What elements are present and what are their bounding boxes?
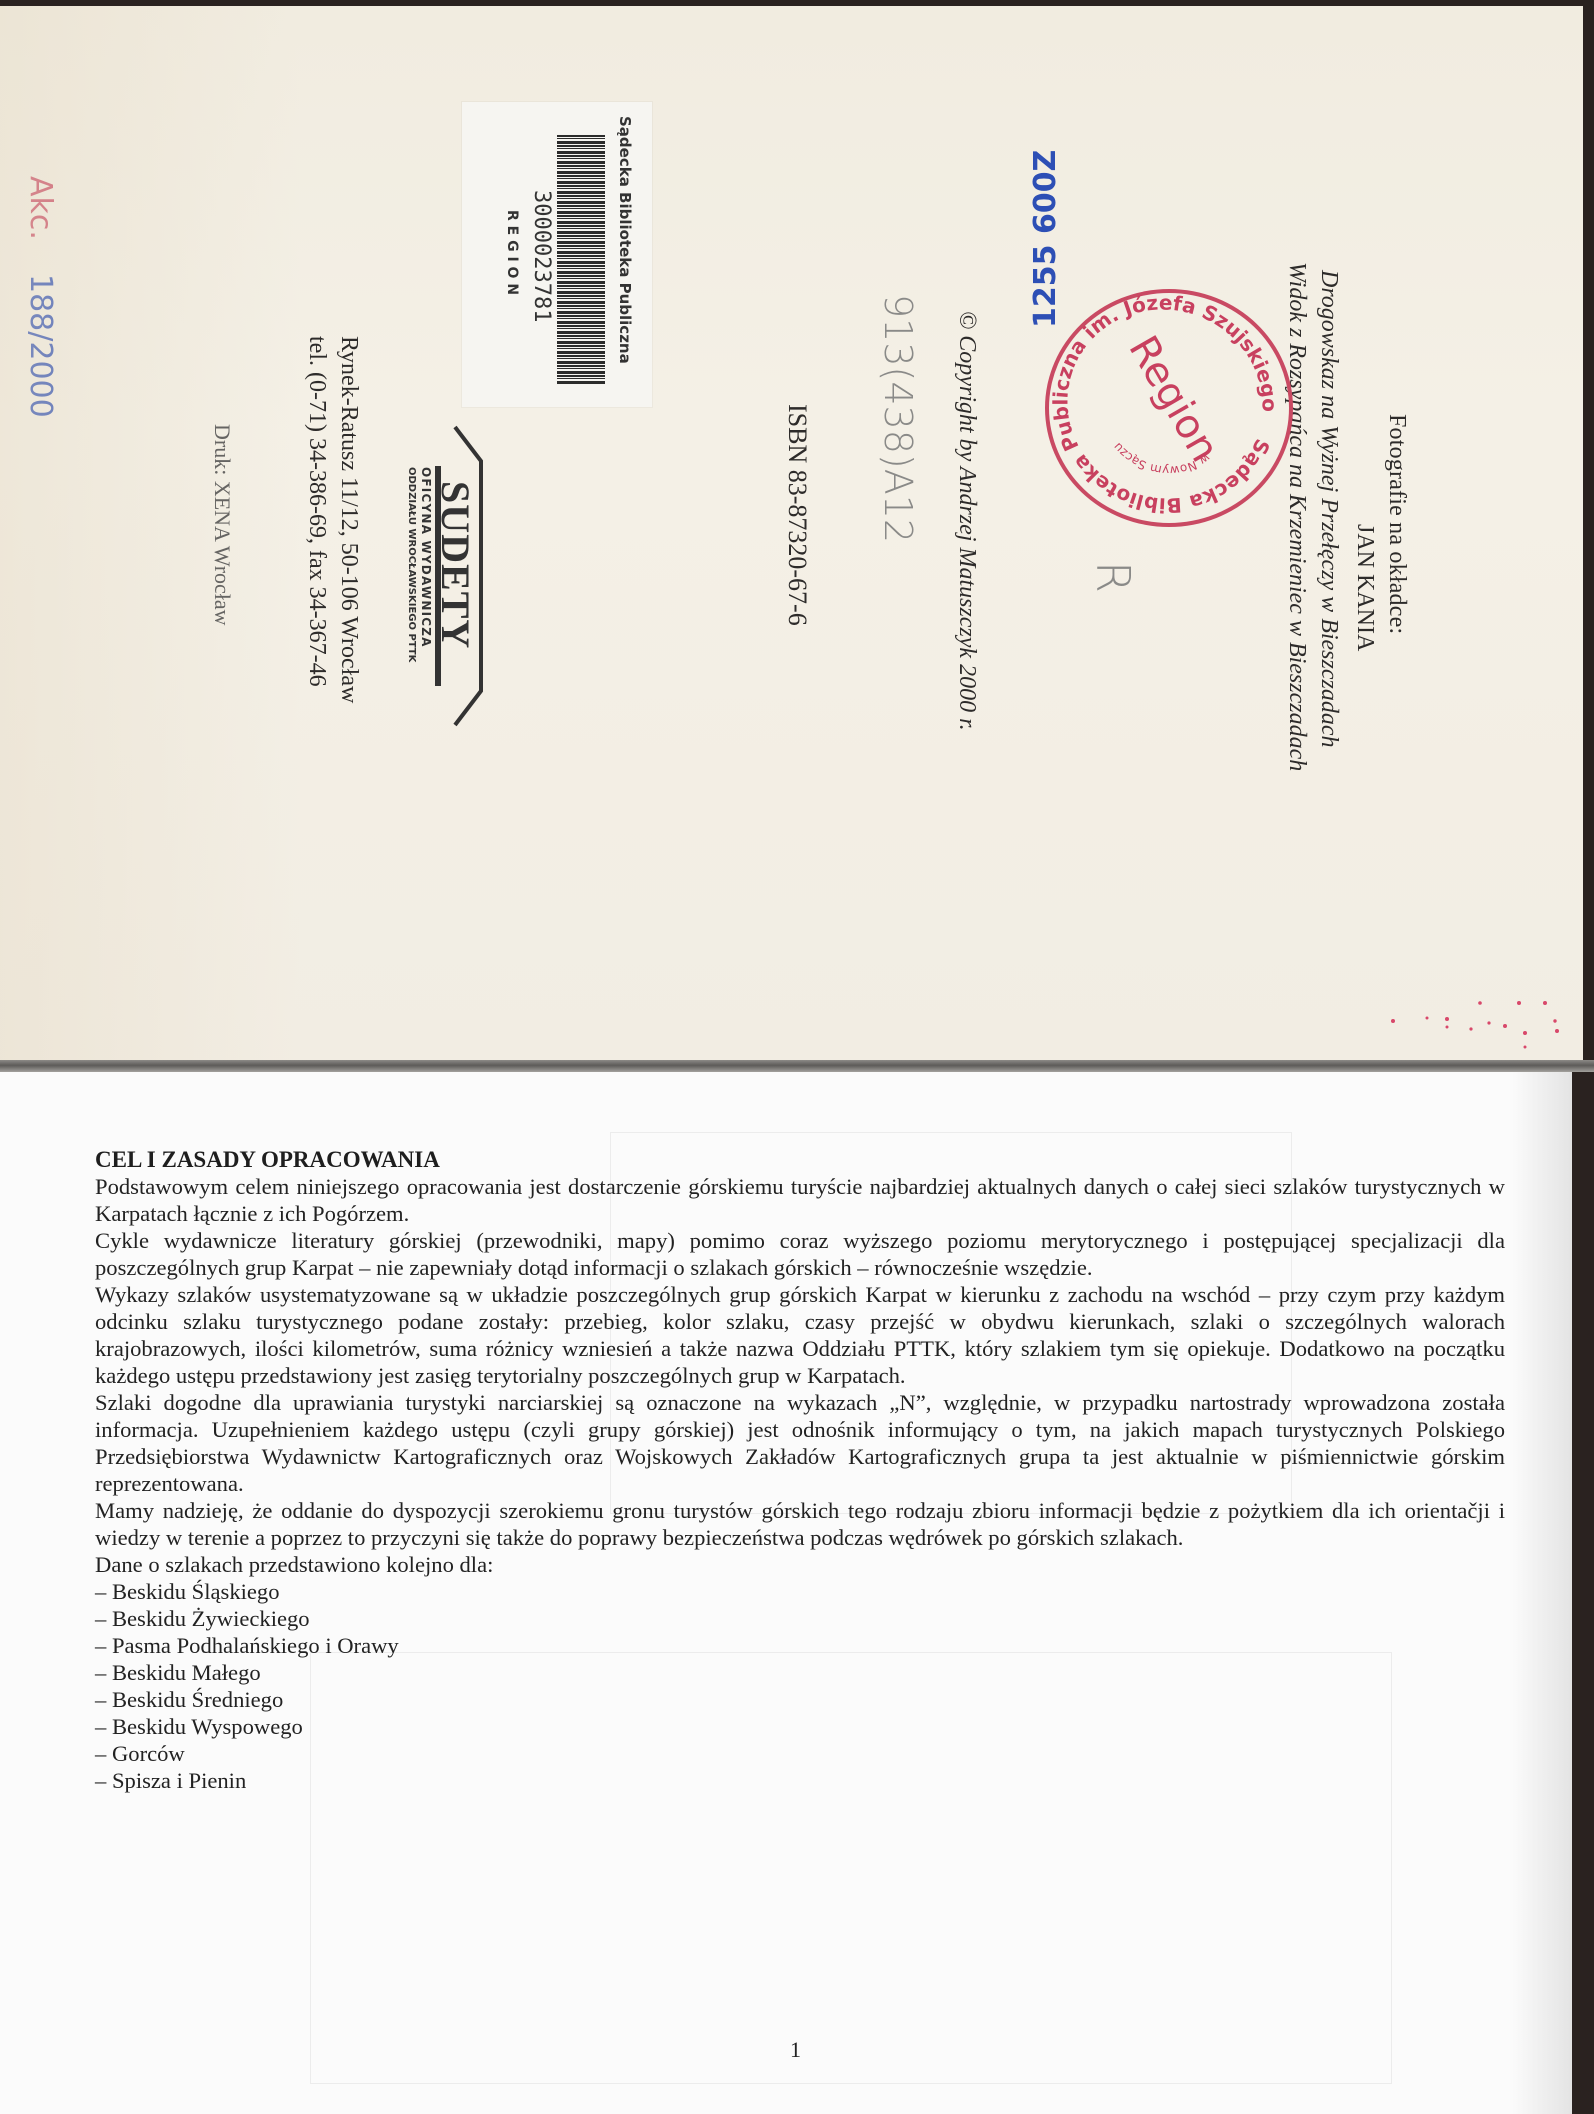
region-list: Beskidu Śląskiego Beskidu Żywieckiego Pa… <box>95 1578 1505 1794</box>
body-text: CEL I ZASADY OPRACOWANIA Podstawowym cel… <box>95 1146 1505 1794</box>
list-item: Beskidu Żywieckiego <box>95 1605 1505 1632</box>
publisher-phone: tel. (0-71) 34-386-69, fax 34-367-46 <box>303 336 330 687</box>
publisher-logo: SUDETY OFICYNA WYDAWNICZA ODDZIAŁU WROCŁ… <box>395 421 485 731</box>
barcode-icon <box>557 135 605 385</box>
stamp-center-text: Region <box>1120 328 1228 470</box>
barcode-library-name: Sądecka Biblioteka Publiczna <box>616 116 634 364</box>
photographer-name: JAN KANIA <box>1351 524 1378 651</box>
list-item: Beskidu Śląskiego <box>95 1578 1505 1605</box>
accession-number: 188/2000 <box>23 274 58 418</box>
publisher-subtitle-2: ODDZIAŁU WROCŁAWSKIEGO PTTK <box>406 467 417 662</box>
list-item: Beskidu Małego <box>95 1659 1505 1686</box>
list-item: Beskidu Średniego <box>95 1686 1505 1713</box>
isbn: ISBN 83-87320-67-6 <box>782 404 812 626</box>
book-spine <box>0 1060 1594 1072</box>
publisher-address: Rynek-Ratusz 11/12, 50-106 Wrocław <box>335 336 362 703</box>
library-stamp: Sądecka Biblioteka Publiczna im. Józefa … <box>1045 289 1293 527</box>
blue-stamp-number: 1255 600Z <box>1028 150 1063 328</box>
printer-line: Druk: XENA Wrocław <box>209 424 235 626</box>
text-page: CEL I ZASADY OPRACOWANIA Podstawowym cel… <box>0 1072 1572 2114</box>
paragraph: Cykle wydawnicze literatury górskiej (pr… <box>95 1227 1505 1281</box>
barcode-collection: R E G I O N <box>504 210 520 295</box>
barcode-label: Sądecka Biblioteka Publiczna 3000023781 … <box>462 102 652 407</box>
cover-photos-heading: Fotografie na okładce: <box>1383 414 1410 634</box>
list-item: Spisza i Pienin <box>95 1767 1505 1794</box>
list-item: Gorców <box>95 1740 1505 1767</box>
paragraph: Wykazy szlaków usystematyzowane są w ukł… <box>95 1281 1505 1389</box>
copyright-line: © Copyright by Andrzej Matuszczyk 2000 r… <box>953 311 980 731</box>
paragraph: Dane o szlakach przedstawiono kolejno dl… <box>95 1551 1505 1578</box>
accession-prefix: Akc. <box>23 176 58 240</box>
barcode-number: 3000023781 <box>529 190 554 322</box>
publisher-logo-text: SUDETY <box>432 481 479 649</box>
imprint-page: Fotografie na okładce: JAN KANIA Drogows… <box>0 6 1583 1068</box>
page-number: 1 <box>790 2037 801 2063</box>
publisher-subtitle-1: OFICYNA WYDAWNICZA <box>419 467 433 648</box>
paragraph: Mamy nadzieję, że oddanie do dyspozycji … <box>95 1497 1505 1551</box>
paragraph: Podstawowym celem niniejszego opracowani… <box>95 1173 1505 1227</box>
ink-speckles <box>1385 941 1585 1051</box>
pencil-initial: R <box>1086 561 1140 593</box>
paragraph: Szlaki dogodne dla uprawiania turystyki … <box>95 1389 1505 1497</box>
list-item: Beskidu Wyspowego <box>95 1713 1505 1740</box>
pencil-shelf-mark: 913(438)A12 <box>876 294 920 543</box>
photo-caption-1: Drogowskaz na Wyżnej Przełęczy w Bieszcz… <box>1315 270 1342 748</box>
section-title: CEL I ZASADY OPRACOWANIA <box>95 1146 1505 1173</box>
list-item: Pasma Podhalańskiego i Orawy <box>95 1632 1505 1659</box>
photo-caption-2: Widok z Rozsypańca na Krzemieniec w Bies… <box>1283 262 1310 771</box>
